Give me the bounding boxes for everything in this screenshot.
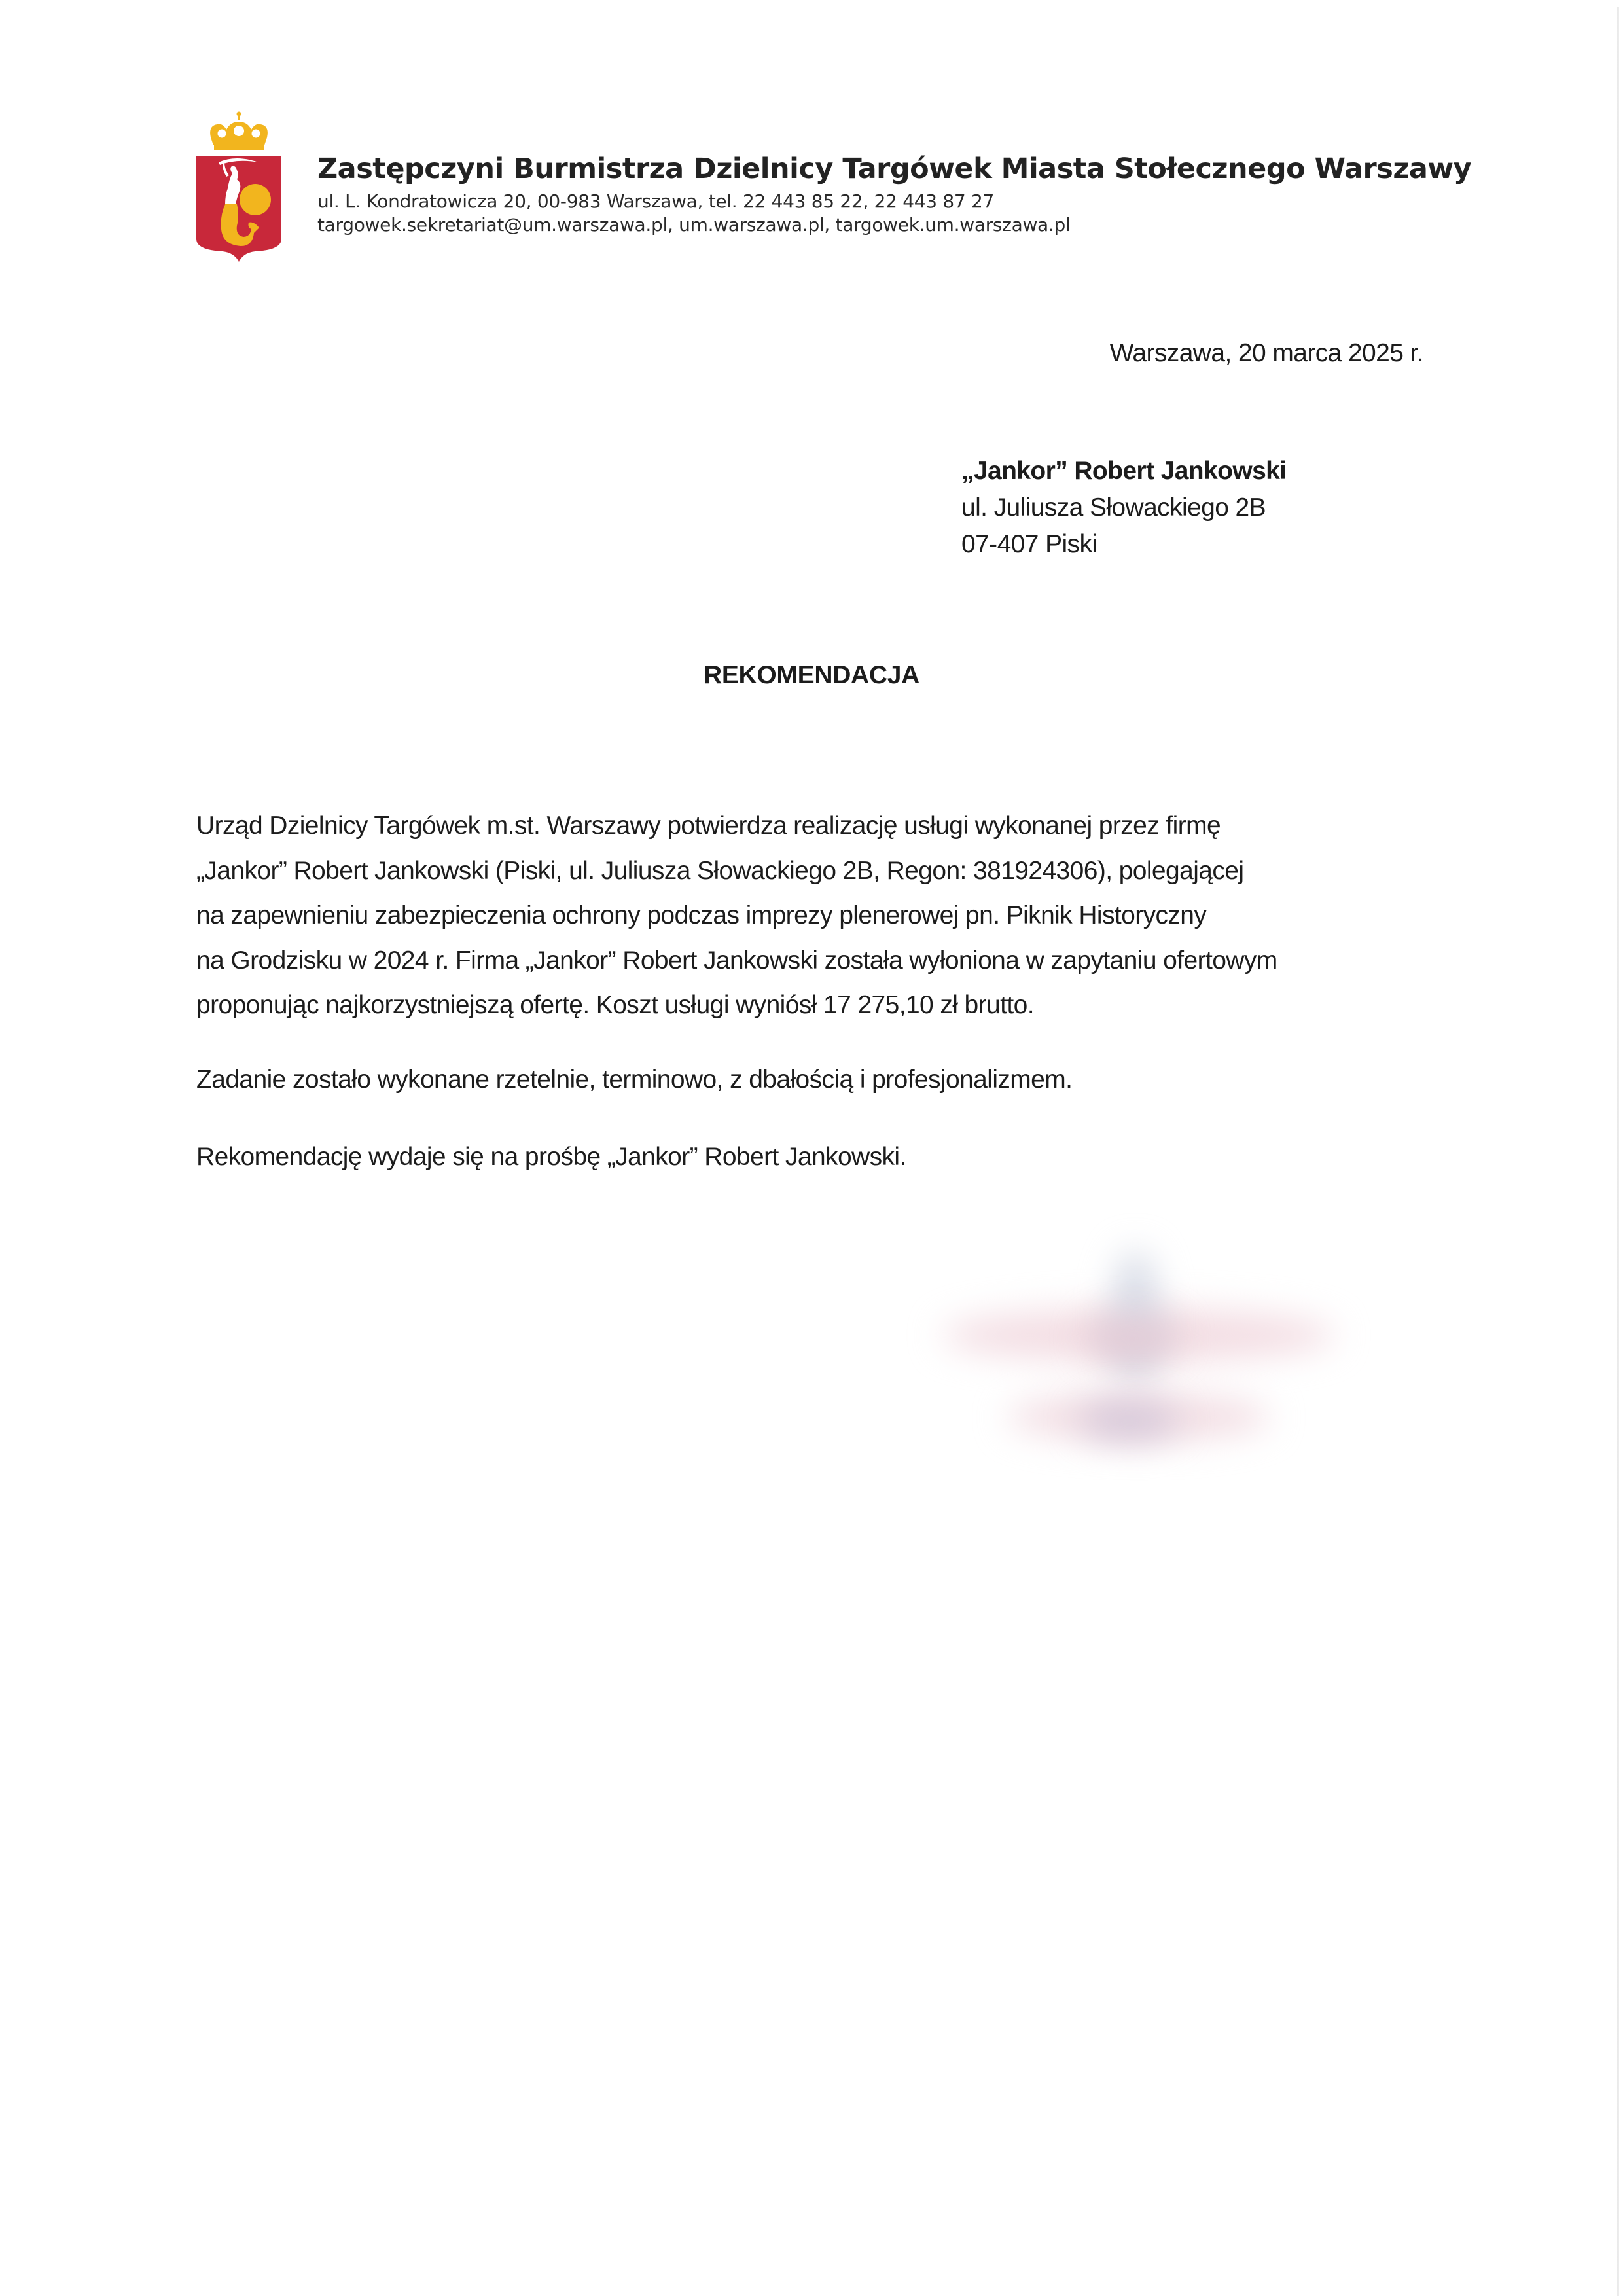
paragraph-line: proponując najkorzystniejszą ofertę. Kos… — [196, 983, 1277, 1028]
letter-page: Zastępczyni Burmistrza Dzielnicy Targówe… — [0, 0, 1623, 2296]
signature-stroke — [1080, 1401, 1178, 1440]
body-paragraph-1: Urząd Dzielnicy Targówek m.st. Warszawy … — [196, 804, 1277, 1028]
office-address: ul. L. Kondratowicza 20, 00-983 Warszawa… — [317, 190, 1471, 213]
recipient-street: ul. Juliusza Słowackiego 2B — [961, 490, 1287, 526]
signature-stroke — [1086, 1316, 1178, 1361]
body-paragraph-3: Rekomendację wydaje się na prośbę „Janko… — [196, 1143, 906, 1172]
recipient-address: „Jankor” Robert Jankowski ul. Juliusza S… — [961, 453, 1287, 563]
warsaw-coat-of-arms-icon — [196, 111, 281, 262]
office-contact: targowek.sekretariat@um.warszawa.pl, um.… — [317, 213, 1471, 237]
paragraph-line: na zapewnieniu zabezpieczenia ochrony po… — [196, 893, 1277, 939]
date-line: Warszawa, 20 marca 2025 r. — [1110, 339, 1423, 368]
scan-edge-shadow — [1617, 7, 1619, 2296]
paragraph-line: Urząd Dzielnicy Targówek m.st. Warszawy … — [196, 804, 1277, 849]
paragraph-line: „Jankor” Robert Jankowski (Piski, ul. Ju… — [196, 849, 1277, 894]
paragraph-line: na Grodzisku w 2024 r. Firma „Jankor” Ro… — [196, 939, 1277, 984]
letterhead: Zastępczyni Burmistrza Dzielnicy Targówe… — [317, 154, 1471, 237]
office-title: Zastępczyni Burmistrza Dzielnicy Targówe… — [317, 154, 1471, 185]
recipient-city: 07-407 Piski — [961, 526, 1287, 563]
body-paragraph-2: Zadanie zostało wykonane rzetelnie, term… — [196, 1066, 1072, 1094]
blurred-signature — [929, 1244, 1361, 1460]
document-title: REKOMENDACJA — [0, 661, 1623, 690]
recipient-name: „Jankor” Robert Jankowski — [961, 453, 1287, 490]
